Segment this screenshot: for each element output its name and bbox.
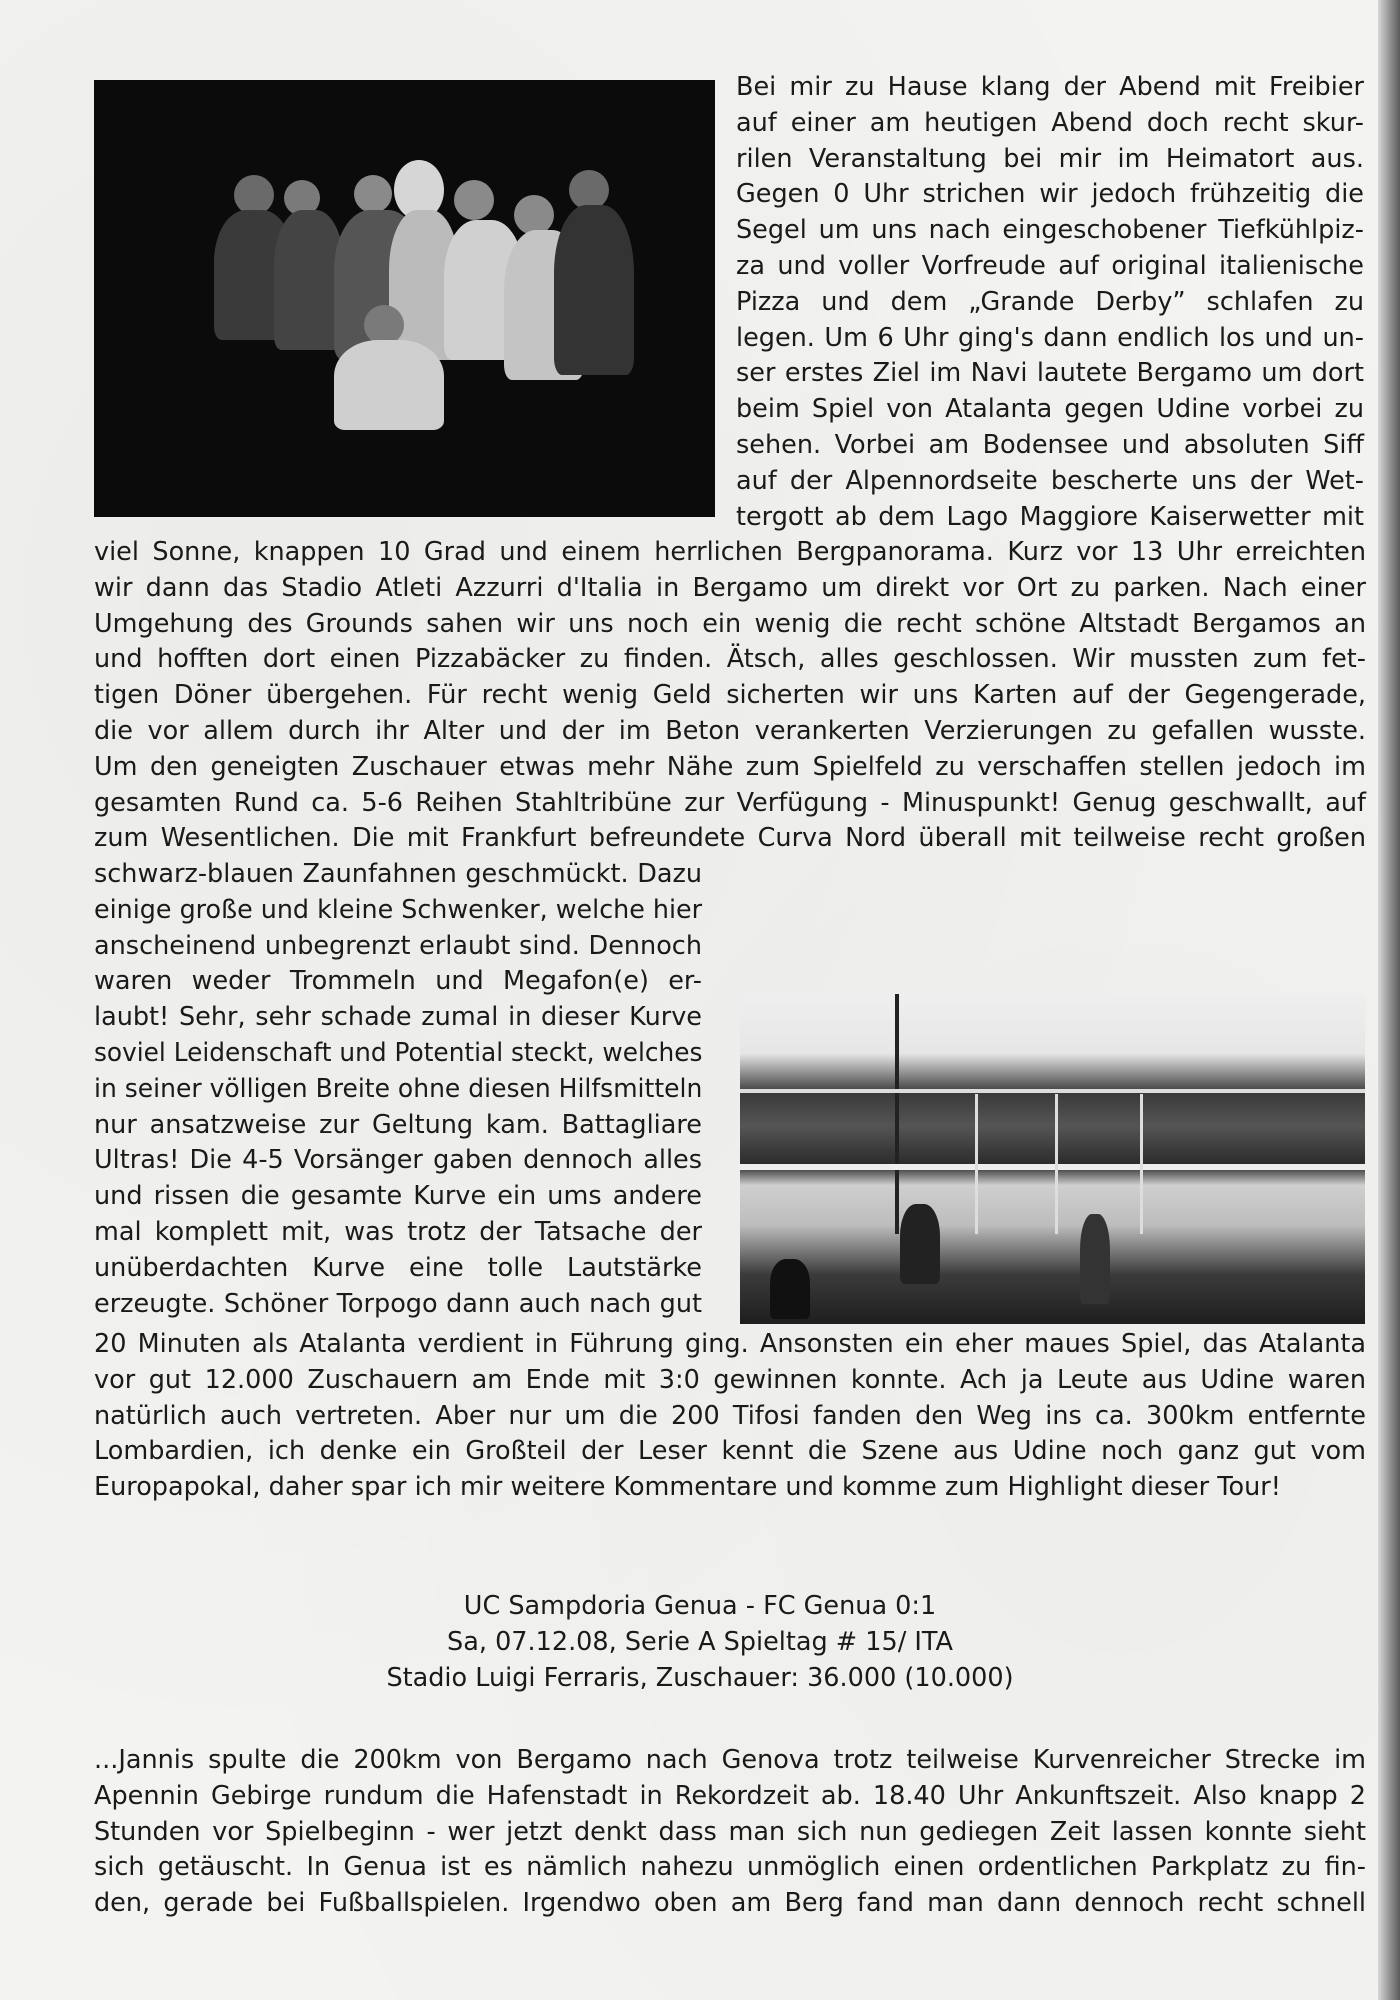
scanned-page: Bei mir zu Hause klang der Abend mit Fre… <box>0 0 1400 2000</box>
text-line: Umgehung des Grounds sahen wir uns noch … <box>94 607 1366 643</box>
text-line: und hofften dort einen Pizzabäcker zu fi… <box>94 642 1366 678</box>
text-line: soviel Leidenschaft und Potential steckt… <box>94 1036 702 1072</box>
text-line: tergott ab dem Lago Maggiore Kaiserwette… <box>736 500 1364 536</box>
paragraph-intro-full-width: viel Sonne, knappen 10 Grad und einem he… <box>94 535 1366 857</box>
text-line: auf einer am heutigen Abend doch recht s… <box>736 106 1364 142</box>
text-line: Apennin Gebirge rundum die Hafenstadt in… <box>94 1779 1366 1815</box>
text-line: nur ansatzweise zur Geltung kam. Battagl… <box>94 1108 702 1144</box>
text-line: Bei mir zu Hause klang der Abend mit Fre… <box>736 70 1364 106</box>
match-title: UC Sampdoria Genua - FC Genua 0:1 <box>300 1588 1100 1624</box>
text-line: mal komplett mit, was trotz der Tatsache… <box>94 1215 702 1251</box>
text-line: vor gut 12.000 Zuschauern am Ende mit 3:… <box>94 1363 1366 1399</box>
text-line: legen. Um 6 Uhr ging's dann endlich los … <box>736 321 1364 357</box>
text-line: beim Spiel von Atalanta gegen Udine vorb… <box>736 392 1364 428</box>
text-line: ...Jannis spulte die 200km von Bergamo n… <box>94 1743 1366 1779</box>
text-line: Europapokal, daher spar ich mir weitere … <box>94 1470 1366 1506</box>
text-line: Segel um uns nach eingeschobener Tiefküh… <box>736 213 1364 249</box>
text-line: erzeugte. Schöner Torpogo dann auch nach… <box>94 1287 702 1323</box>
text-line: schwarz-blauen Zaunfahnen geschmückt. Da… <box>94 857 702 893</box>
match-header: UC Sampdoria Genua - FC Genua 0:1 Sa, 07… <box>300 1588 1100 1696</box>
text-line: waren weder Trommeln und Megafon(e) er- <box>94 964 702 1000</box>
text-line: sehen. Vorbei am Bodensee und absoluten … <box>736 428 1364 464</box>
text-line: die vor allem durch ihr Alter und der im… <box>94 714 1366 750</box>
text-line: anscheinend unbegrenzt erlaubt sind. Den… <box>94 929 702 965</box>
scan-edge-shadow <box>1378 0 1400 2000</box>
text-line: unüberdachten Kurve eine tolle Lautstärk… <box>94 1251 702 1287</box>
text-line: Pizza und dem „Grande Derby” schlafen zu <box>736 285 1364 321</box>
text-line: wir dann das Stadio Atleti Azzurri d'Ita… <box>94 571 1366 607</box>
match-venue-line: Stadio Luigi Ferraris, Zuschauer: 36.000… <box>300 1660 1100 1696</box>
text-line: und rissen die gesamte Kurve ein ums and… <box>94 1179 702 1215</box>
text-line: auf der Alpennordseite bescherte uns der… <box>736 464 1364 500</box>
text-line: sich getäuscht. In Genua ist es nämlich … <box>94 1850 1366 1886</box>
text-line: Lombardien, ich denke ein Großteil der L… <box>94 1434 1366 1470</box>
text-line: natürlich auch vertreten. Aber nur um di… <box>94 1399 1366 1435</box>
text-line: rilen Veranstaltung bei mir im Heimatort… <box>736 142 1364 178</box>
text-line: zum Wesentlichen. Die mit Frankfurt befr… <box>94 821 1366 857</box>
paragraph-curva-left-column: schwarz-blauen Zaunfahnen geschmückt. Da… <box>94 857 702 1322</box>
paragraph-intro-right-column: Bei mir zu Hause klang der Abend mit Fre… <box>736 70 1364 535</box>
text-line: tigen Döner übergehen. Für recht wenig G… <box>94 678 1366 714</box>
text-line: ser erstes Ziel im Navi lautete Bergamo … <box>736 356 1364 392</box>
text-line: za und voller Vorfreude auf original ita… <box>736 249 1364 285</box>
group-photo-night <box>94 80 715 517</box>
text-line: Um den geneigten Zuschauer etwas mehr Nä… <box>94 750 1366 786</box>
text-line: Stunden vor Spielbeginn - wer jetzt denk… <box>94 1815 1366 1851</box>
stadium-curve-photo <box>740 994 1365 1324</box>
text-line: gesamten Rund ca. 5-6 Reihen Stahltribün… <box>94 786 1366 822</box>
match-date-line: Sa, 07.12.08, Serie A Spieltag # 15/ ITA <box>300 1624 1100 1660</box>
text-line: laubt! Sehr, sehr schade zumal in dieser… <box>94 1000 702 1036</box>
text-line: in seiner völligen Breite ohne diesen Hi… <box>94 1072 702 1108</box>
text-line: den, gerade bei Fußballspielen. Irgendwo… <box>94 1886 1366 1922</box>
text-line: 20 Minuten als Atalanta verdient in Führ… <box>94 1327 1366 1363</box>
text-line: Gegen 0 Uhr strichen wir jedoch frühzeit… <box>736 177 1364 213</box>
text-line: einige große und kleine Schwenker, welch… <box>94 893 702 929</box>
text-line: Ultras! Die 4-5 Vorsänger gaben dennoch … <box>94 1143 702 1179</box>
text-line: viel Sonne, knappen 10 Grad und einem he… <box>94 535 1366 571</box>
paragraph-genoa-arrival: ...Jannis spulte die 200km von Bergamo n… <box>94 1743 1366 1922</box>
paragraph-match-summary: 20 Minuten als Atalanta verdient in Führ… <box>94 1327 1366 1506</box>
